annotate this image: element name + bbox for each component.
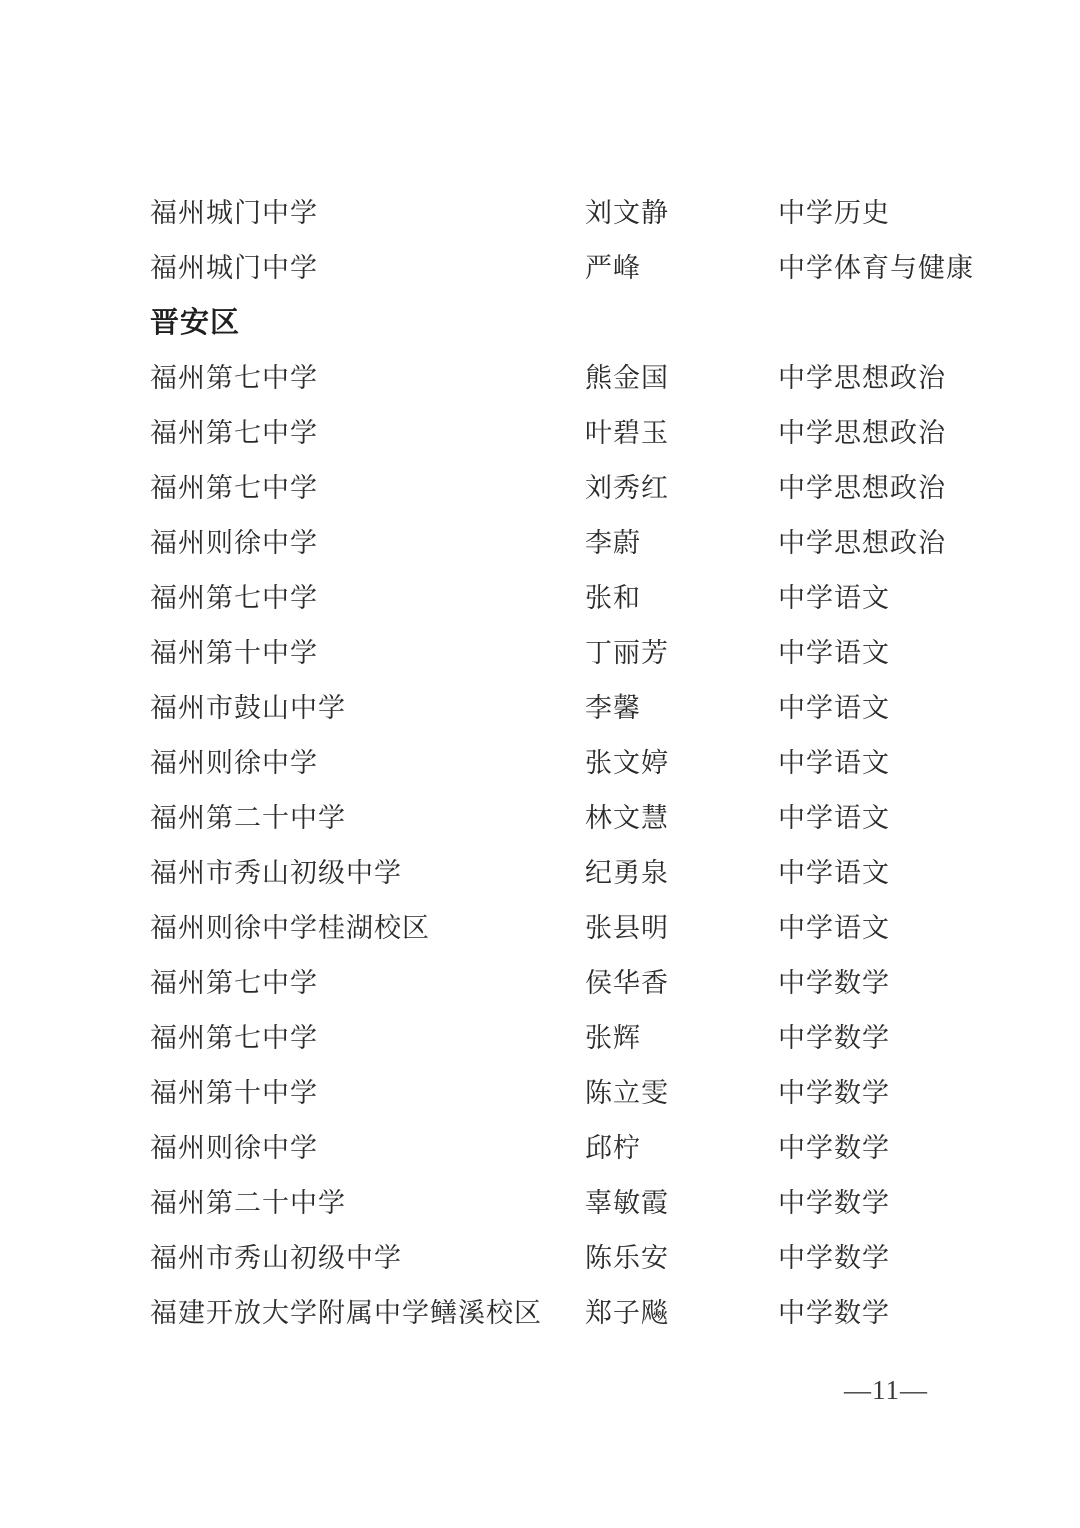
subject-cell: 中学体育与健康 xyxy=(778,255,990,282)
teacher-roster-table: 福州城门中学 刘文静 中学历史 福州城门中学 严峰 中学体育与健康 晋安区 福州… xyxy=(150,186,990,1341)
teacher-name-cell: 邱柠 xyxy=(585,1135,778,1162)
subject-cell: 中学语文 xyxy=(778,750,990,777)
subject-cell: 中学数学 xyxy=(778,1190,990,1217)
table-row: 福州第十中学 丁丽芳 中学语文 xyxy=(150,626,990,681)
subject-cell: 中学历史 xyxy=(778,200,990,227)
school-cell: 福州则徐中学 xyxy=(150,530,585,557)
subject-cell: 中学语文 xyxy=(778,915,990,942)
table-row: 福州市鼓山中学 李馨 中学语文 xyxy=(150,681,990,736)
document-page: 福州城门中学 刘文静 中学历史 福州城门中学 严峰 中学体育与健康 晋安区 福州… xyxy=(0,0,1080,1528)
subject-cell: 中学数学 xyxy=(778,1135,990,1162)
school-cell: 福州第十中学 xyxy=(150,640,585,667)
subject-cell: 中学语文 xyxy=(778,860,990,887)
school-cell: 福州市秀山初级中学 xyxy=(150,1245,585,1272)
subject-cell: 中学语文 xyxy=(778,695,990,722)
subject-cell: 中学语文 xyxy=(778,585,990,612)
teacher-name-cell: 丁丽芳 xyxy=(585,640,778,667)
table-row: 福州市秀山初级中学 陈乐安 中学数学 xyxy=(150,1231,990,1286)
table-row: 福州则徐中学桂湖校区 张县明 中学语文 xyxy=(150,901,990,956)
subject-cell: 中学思想政治 xyxy=(778,420,990,447)
school-cell: 福州第七中学 xyxy=(150,420,585,447)
teacher-name-cell: 张县明 xyxy=(585,915,778,942)
school-cell: 福州市鼓山中学 xyxy=(150,695,585,722)
subject-cell: 中学数学 xyxy=(778,1300,990,1327)
subject-cell: 中学数学 xyxy=(778,1245,990,1272)
subject-cell: 中学语文 xyxy=(778,805,990,832)
subject-cell: 中学思想政治 xyxy=(778,530,990,557)
teacher-name-cell: 陈乐安 xyxy=(585,1245,778,1272)
school-cell: 福州城门中学 xyxy=(150,255,585,282)
table-row: 福州第二十中学 辜敏霞 中学数学 xyxy=(150,1176,990,1231)
subject-cell: 中学数学 xyxy=(778,1025,990,1052)
school-cell: 福州第七中学 xyxy=(150,585,585,612)
table-row: 福州则徐中学 张文婷 中学语文 xyxy=(150,736,990,791)
teacher-name-cell: 郑子飚 xyxy=(585,1300,778,1327)
teacher-name-cell: 刘文静 xyxy=(585,200,778,227)
teacher-name-cell: 李馨 xyxy=(585,695,778,722)
teacher-name-cell: 侯华香 xyxy=(585,970,778,997)
teacher-name-cell: 严峰 xyxy=(585,255,778,282)
teacher-name-cell: 刘秀红 xyxy=(585,475,778,502)
subject-cell: 中学思想政治 xyxy=(778,475,990,502)
district-section-header-row: 晋安区 xyxy=(150,296,990,351)
school-cell: 福州第七中学 xyxy=(150,475,585,502)
subject-cell: 中学思想政治 xyxy=(778,365,990,392)
table-row: 福州第七中学 张和 中学语文 xyxy=(150,571,990,626)
teacher-name-cell: 辜敏霞 xyxy=(585,1190,778,1217)
teacher-name-cell: 叶碧玉 xyxy=(585,420,778,447)
teacher-name-cell: 张文婷 xyxy=(585,750,778,777)
school-cell: 福州则徐中学 xyxy=(150,750,585,777)
school-cell: 福州市秀山初级中学 xyxy=(150,860,585,887)
teacher-name-cell: 熊金国 xyxy=(585,365,778,392)
page-number: —11— xyxy=(844,1375,928,1406)
table-row: 福州第二十中学 林文慧 中学语文 xyxy=(150,791,990,846)
school-cell: 福州第七中学 xyxy=(150,365,585,392)
school-cell: 福州第七中学 xyxy=(150,1025,585,1052)
table-row: 福州则徐中学 邱柠 中学数学 xyxy=(150,1121,990,1176)
school-cell: 福州则徐中学桂湖校区 xyxy=(150,915,585,942)
school-cell: 福州第七中学 xyxy=(150,970,585,997)
subject-cell: 中学数学 xyxy=(778,970,990,997)
table-row: 福州城门中学 严峰 中学体育与健康 xyxy=(150,241,990,296)
school-cell: 福州城门中学 xyxy=(150,200,585,227)
school-cell: 福州第二十中学 xyxy=(150,1190,585,1217)
table-row: 福州市秀山初级中学 纪勇泉 中学语文 xyxy=(150,846,990,901)
table-row: 福州第七中学 熊金国 中学思想政治 xyxy=(150,351,990,406)
table-row: 福州第七中学 叶碧玉 中学思想政治 xyxy=(150,406,990,461)
teacher-name-cell: 张和 xyxy=(585,585,778,612)
table-row: 福州第十中学 陈立雯 中学数学 xyxy=(150,1066,990,1121)
table-row: 福建开放大学附属中学鳝溪校区 郑子飚 中学数学 xyxy=(150,1286,990,1341)
school-cell: 福州第二十中学 xyxy=(150,805,585,832)
table-row: 福州则徐中学 李蔚 中学思想政治 xyxy=(150,516,990,571)
school-cell: 福州第十中学 xyxy=(150,1080,585,1107)
table-row: 福州第七中学 侯华香 中学数学 xyxy=(150,956,990,1011)
subject-cell: 中学数学 xyxy=(778,1080,990,1107)
school-cell: 福建开放大学附属中学鳝溪校区 xyxy=(150,1300,585,1327)
table-row: 福州第七中学 张辉 中学数学 xyxy=(150,1011,990,1066)
table-row: 福州第七中学 刘秀红 中学思想政治 xyxy=(150,461,990,516)
teacher-name-cell: 李蔚 xyxy=(585,530,778,557)
school-cell: 福州则徐中学 xyxy=(150,1135,585,1162)
teacher-name-cell: 张辉 xyxy=(585,1025,778,1052)
subject-cell: 中学语文 xyxy=(778,640,990,667)
table-row: 福州城门中学 刘文静 中学历史 xyxy=(150,186,990,241)
district-section-label: 晋安区 xyxy=(150,309,585,338)
teacher-name-cell: 陈立雯 xyxy=(585,1080,778,1107)
teacher-name-cell: 林文慧 xyxy=(585,805,778,832)
teacher-name-cell: 纪勇泉 xyxy=(585,860,778,887)
